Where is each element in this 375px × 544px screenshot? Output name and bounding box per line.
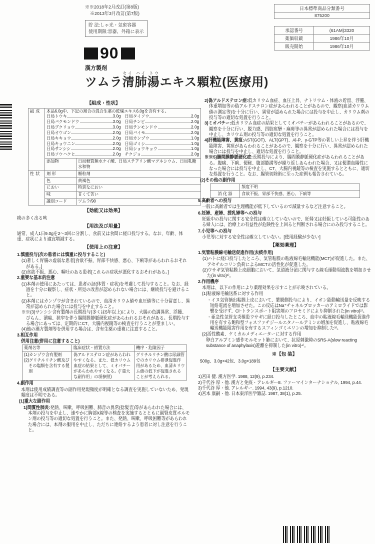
additives-value: 日局軽質無水ケイ酸、日局ステアリン酸マグネシウム、日局乳糖水和物 bbox=[76, 158, 201, 170]
herb-name: チクジョ bbox=[125, 152, 141, 157]
indications-text: 痰の多く出る咳 bbox=[17, 215, 190, 221]
basic-precaution-item: (2)本剤にはカンゾウが含まれているので、血清カリウム値や血圧値等に十分留意し、… bbox=[17, 298, 190, 309]
property-value: 甘くて苦い bbox=[76, 191, 201, 198]
expiry-note: 使用期限:容器、外箱に表示 bbox=[89, 29, 144, 36]
herb-name: 日局ソウハクヒ bbox=[47, 152, 76, 157]
title-prefix: ツムラ bbox=[85, 76, 122, 90]
leader-dots bbox=[150, 117, 191, 118]
other-se-corner bbox=[210, 184, 240, 191]
revision-notes: ※※2018年2月改訂(第8版) ※2013年3月改訂(第7版) bbox=[85, 4, 140, 17]
leader-dots bbox=[158, 150, 191, 151]
major-side-effect-label: 4)肝機能障害、黄疸: bbox=[205, 138, 245, 143]
other-side-effects-table: 頻度不明 消 化 器食欲不振、胃部不快感、悪心、下痢等 bbox=[210, 184, 360, 198]
properties-row-label: 性状 bbox=[28, 171, 45, 206]
careful-item: (1)著しく胃腸の虚弱な患者[食欲不振、胃部不快感、悪心、下痢等があらわれるおそ… bbox=[17, 258, 190, 269]
approval-table: 承認番号(61AM)3320 薬価収載1986年10月 販売開始1986年10月 bbox=[274, 26, 370, 51]
basic-precautions-title: 2.重要な基本的注意 bbox=[17, 275, 190, 281]
pharmacology-bullet: ・亜急性気管支炎罹患ウサギに経口投与したところ、血中の粘液線毛輸送機能促進作用を… bbox=[198, 314, 371, 331]
major-side-effect-item: ※※5)腸間膜静脈硬化症:長期投与により、腸間膜静脈硬化症があらわれることがある… bbox=[198, 155, 371, 178]
interactions-subtitle: 併用注意(併用に注意すること) bbox=[17, 339, 190, 345]
pharmacology-s2-sub1: (1)粘液線毛輸送系に対する作用 bbox=[198, 291, 371, 297]
pharmacology-s2-title: 2.作用機序 bbox=[198, 279, 371, 285]
revision-note-2: ※2013年3月改訂(第7版) bbox=[85, 10, 140, 16]
dosage-text: 通常、成人1日9.0gを2〜3回に分割し、食前又は食間に経口投与する。なお、年齢… bbox=[17, 231, 190, 242]
left-edge-barcode bbox=[0, 104, 12, 152]
reference-item: 4)宮本 康嗣・他. 日本東洋医学雑誌. 1987, 38(1), p.25. bbox=[198, 391, 371, 397]
interactions-table: 薬剤名等 臨床症状・措置方法 機序・危険因子 (1)カンゾウ含有製剤 (2)グリ… bbox=[22, 345, 187, 381]
careful-admin-title: 1.慎重投与(次の患者には慎重に投与すること) bbox=[17, 252, 190, 258]
major-side-effect-item: 2)偽アルドステロン症:低カリウム血症、血圧上昇、ナトリウム・体液の貯留、浮腫、… bbox=[198, 98, 371, 121]
interaction-drug-2: (2)グリチルリチン酸及びその塩類を含有する製剤 bbox=[24, 358, 70, 374]
elderly-title: 5.高齢者への投与 bbox=[198, 198, 371, 204]
major-side-effect-label: 3)ミオパチー: bbox=[205, 121, 232, 126]
left-column: 【組成・性状】 組成 本品6.0g中、下記の割合の混合生薬の乾燥エキス6.0gを… bbox=[17, 98, 190, 433]
approval-label: 承認番号 bbox=[274, 26, 314, 34]
major-side-effect-item: 4)肝機能障害、黄疸:AST(GOT)、ALT(GPT)、Al-P、γ-GTP等… bbox=[198, 138, 371, 155]
section-heading-packaging: ※【包 装】 bbox=[198, 351, 371, 357]
leader-dots bbox=[141, 155, 190, 156]
revision-note-1: ※※2018年2月改訂(第8版) bbox=[85, 4, 140, 10]
pharmacology-s1-item: (1)ハトに経口投与したところ、気管粘膜の粘液線毛輸送機能(MCT)が促進した。… bbox=[198, 256, 371, 267]
classification-number: 875200 bbox=[274, 12, 370, 19]
additives-label: 添加物 bbox=[45, 158, 77, 170]
price-listing-value: 1986年10月 bbox=[314, 34, 370, 42]
interactions-symptoms-cell: 偽アルドステロン症があらわれやすくなる。また、低カリウム血症の結果として、ミオパ… bbox=[72, 352, 135, 381]
property-label: 識別コード bbox=[45, 198, 77, 205]
other-se-symptoms: 食欲不振、胃部不快感、悪心、下痢等 bbox=[240, 191, 360, 198]
product-code-block: 90 bbox=[84, 44, 135, 63]
composition-content: 本品6.0g中、下記の割合の混合生薬の乾燥エキス6.0gを含有する。 日局トウキ… bbox=[45, 108, 201, 158]
package-insert-page: ※※2018年2月改訂(第8版) ※2013年3月改訂(第7版) 貯 法:しゃ光… bbox=[0, 0, 375, 544]
black-square-right bbox=[121, 47, 135, 59]
property-label: 味 bbox=[45, 191, 77, 198]
leader-dots bbox=[158, 128, 191, 129]
leader-dots bbox=[146, 144, 191, 145]
bottom-barcode bbox=[283, 526, 331, 543]
approval-value: (61AM)3320 bbox=[314, 26, 370, 34]
pediatric-title: 7.小児等への投与 bbox=[198, 228, 371, 234]
leader-dots bbox=[75, 128, 112, 129]
price-listing-label: 薬価収載 bbox=[274, 34, 314, 42]
leader-dots bbox=[150, 139, 191, 140]
basic-precaution-item: (1)本剤の使用にあたっては、患者の証(体質・症状)を考慮して投与すること。なお… bbox=[17, 281, 190, 298]
property-label: におい bbox=[45, 184, 77, 191]
leader-dots bbox=[80, 123, 113, 124]
leader-dots bbox=[67, 117, 112, 118]
basic-precaution-item: ※※(3)サンシシ含有製剤の長期投与(多くは5年以上)により、大腸の色調異常、浮… bbox=[17, 310, 190, 327]
property-value: ツムラ/90 bbox=[76, 198, 201, 205]
pregnancy-title: 6.妊婦、産婦、授乳婦等への投与 bbox=[198, 210, 371, 216]
property-value: 特異なにおい bbox=[76, 184, 201, 191]
property-value: 黄褐色 bbox=[76, 178, 201, 185]
section-heading-precautions: 【使用上の注意】 bbox=[17, 245, 190, 251]
other-se-organ: 消 化 器 bbox=[210, 191, 240, 198]
packaging-text: 500g、3.0g×42包、3.0g×189包 bbox=[200, 359, 371, 365]
major-side-effect-label: ※※5)腸間膜静脈硬化症: bbox=[205, 155, 253, 160]
interactions-col-mechanism: 機序・危険因子 bbox=[134, 345, 187, 352]
title-suffix: エキス顆粒(医療用) bbox=[160, 76, 269, 90]
side-effects-intro: 本剤は使用成績調査等の副作用発現頻度が明確となる調査を実施していないため、発現頻… bbox=[17, 387, 190, 398]
other-se-frequency-header: 頻度不明 bbox=[240, 184, 360, 191]
pharmacology-s1-item: (2)ウサギ気管粘膜上皮細胞において、気道液分泌に関与する線毛運動周波数を増加さ… bbox=[198, 267, 371, 278]
leader-dots bbox=[71, 150, 112, 151]
interactions-mechanism-cell: グリチルリチン酸は尿細管でのカリウム排泄促進作用があるため、血清カリウム値の低下… bbox=[134, 352, 187, 381]
title-ruby-base: 清肺湯 bbox=[122, 76, 160, 90]
major-side-effect-text: 発熱、咳嗽、呼吸困難、肺音の異常(捻髪音)等があらわれた場合には、本剤の投与を中… bbox=[28, 405, 190, 433]
pharmacology-s2-sub2: (2)活性酸素、ケミカルメディエーターに対する作用 bbox=[198, 331, 371, 337]
side-effects-title: 4.副作用 bbox=[17, 381, 190, 387]
property-value: 顆粒剤 bbox=[76, 171, 201, 178]
interactions-drug-cell: (1)カンゾウ含有製剤 (2)グリチルリチン酸及びその塩類を含有する製剤 bbox=[22, 352, 72, 381]
section-heading-composition: 【組成・性状】 bbox=[17, 101, 190, 107]
section-heading-pharmacology: 【薬効薬理】 bbox=[198, 243, 371, 249]
product-title: ツムラ清肺湯セイ ハイ トウエキス顆粒(医療用) bbox=[85, 71, 269, 90]
pharmacology-s1-title: 1.気管粘膜線毛輸送促進作用(去痰作用) bbox=[198, 250, 371, 256]
product-code-number: 90 bbox=[100, 44, 119, 63]
herb-item: 日局ソウハクヒ2.0g bbox=[47, 152, 121, 157]
launch-value: 1986年10月 bbox=[314, 42, 370, 50]
herb-list: 日局トウキ3.0g 日局タイソウ2.0g 日局バクモンドウ3.0g 日局チンピ2… bbox=[47, 114, 200, 157]
leader-dots bbox=[72, 139, 113, 140]
major-side-effect-item: 3)ミオパチー:低カリウム血症の結果としてミオパチーがあらわれることがあるので、… bbox=[198, 121, 371, 138]
title-furigana: セイ ハイ トウ bbox=[122, 71, 160, 76]
major-side-effect-label: 2)偽アルドステロン症: bbox=[205, 98, 249, 103]
composition-row-label: 組成 bbox=[28, 108, 45, 171]
interactions-title: 3.相互作用 bbox=[17, 332, 190, 338]
elderly-text: 一般に高齢者では生理機能が低下しているので減量するなど注意すること。 bbox=[198, 204, 371, 210]
pediatric-text: 小児等に対する安全性は確立していない。[使用経験が少ない] bbox=[198, 234, 371, 240]
pharmacology-s2-text2: 卵白アルブミン感作モルモット肺において、抗原刺激時のSRS-A(slow rea… bbox=[198, 338, 371, 349]
section-heading-references: 【主要文献】 bbox=[198, 367, 371, 373]
other-side-effects-title: (2)その他の副作用 bbox=[198, 177, 371, 183]
major-side-effect-text: 低カリウム血症の結果としてミオパチーがあらわれることがあるので、観察を十分に行い… bbox=[209, 121, 368, 137]
black-square-left bbox=[84, 47, 98, 59]
leader-dots bbox=[76, 144, 113, 145]
composition-table: 組成 本品6.0g中、下記の割合の混合生薬の乾燥エキス6.0gを含有する。 日局… bbox=[28, 108, 201, 206]
pregnancy-text: 妊娠中の投与に関する安全性は確立していないので、妊婦又は妊娠している可能性のある… bbox=[198, 216, 371, 227]
herb-amount: 2.0g bbox=[113, 152, 121, 157]
leader-dots bbox=[72, 133, 113, 134]
storage-box: 貯 法:しゃ光・気密容器 使用期限:容器、外箱に表示 bbox=[85, 20, 147, 37]
major-side-effects-title: (1)重大な副作用 bbox=[17, 399, 190, 405]
section-heading-dosage: 【用法及び用量】 bbox=[17, 223, 190, 229]
pharmacology-bullet: ・イヌ気管摘出粘膜上皮において、漿膜側投与により、イオン能動輸送量を反映する短絡… bbox=[198, 297, 371, 314]
herb-item: チクジョ2.0g bbox=[125, 152, 199, 157]
classification-table: 日本標準商品分類番号 875200 bbox=[274, 4, 370, 19]
leader-dots bbox=[146, 133, 191, 134]
major-side-effect-item: 1)間質性肺炎:発熱、咳嗽、呼吸困難、肺音の異常(捻髪音)等があらわれた場合には… bbox=[17, 405, 190, 433]
major-side-effect-label: 1)間質性肺炎: bbox=[24, 405, 51, 410]
property-label: 剤 形 bbox=[45, 171, 77, 178]
leader-dots bbox=[146, 123, 191, 124]
leader-dots bbox=[76, 155, 113, 156]
title-ruby: 清肺湯セイ ハイ トウ bbox=[122, 76, 160, 90]
right-column: 2)偽アルドステロン症:低カリウム血症、血圧上昇、ナトリウム・体液の貯留、浮腫、… bbox=[198, 98, 371, 433]
property-label: 色 bbox=[45, 178, 77, 185]
pharmacology-s2-intro: 本剤は、以下の作用により薬理効果を示すことが示唆されている。 bbox=[198, 285, 371, 291]
page-header: ※※2018年2月改訂(第8版) ※2013年3月改訂(第7版) 貯 法:しゃ光… bbox=[0, 0, 375, 98]
interactions-col-symptoms: 臨床症状・措置方法 bbox=[72, 345, 135, 352]
interactions-col-drug: 薬剤名等 bbox=[22, 345, 72, 352]
classification-title: 日本標準商品分類番号 bbox=[274, 4, 370, 12]
launch-label: 販売開始 bbox=[274, 42, 314, 50]
section-heading-indications: 【効能又は効果】 bbox=[17, 208, 190, 214]
